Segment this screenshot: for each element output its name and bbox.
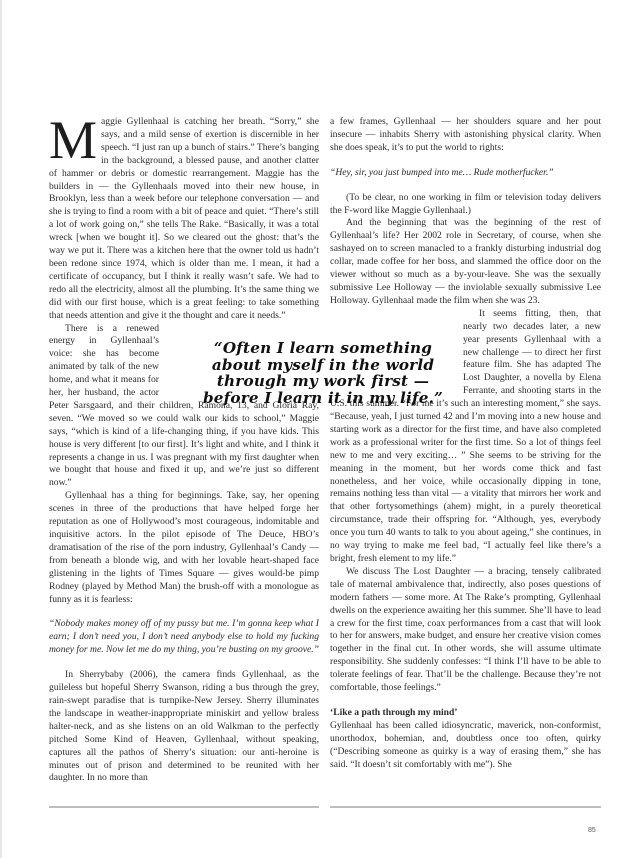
paragraph: In Sherrybaby (2006), the camera finds G…	[49, 669, 319, 785]
paragraph: Gyllenhaal has been called idiosyncratic…	[330, 720, 601, 772]
paragraph: (To be clear, no one working in film or …	[330, 192, 601, 218]
page-number: 85	[588, 827, 596, 834]
paragraph: Gyllenhaal has a thing for beginnings. T…	[49, 490, 319, 606]
film-quote: “Hey, sir, you just bumped into me… Rude…	[330, 167, 601, 180]
paragraph: a few frames, Gyllenhaal — her shoulders…	[330, 116, 601, 155]
pull-quote: “Often I learn something about myself in…	[198, 340, 448, 406]
right-column: a few frames, Gyllenhaal — her shoulders…	[330, 116, 601, 772]
drop-cap: M	[49, 116, 101, 162]
paragraph: And the beginning that was the beginning…	[330, 217, 601, 307]
left-column: M aggie Gyllenhaal is catching her breat…	[49, 116, 319, 785]
opening-paragraph: M aggie Gyllenhaal is catching her breat…	[49, 116, 319, 323]
paragraph: We discuss The Lost Daughter — a bracing…	[330, 566, 601, 695]
magazine-page: M aggie Gyllenhaal is catching her breat…	[0, 0, 640, 858]
page-edge	[0, 0, 2, 858]
section-subhead: ‘Like a path through my mind’	[330, 707, 601, 720]
footer-rule-right	[330, 806, 601, 808]
footer-rule-left	[49, 806, 319, 808]
film-quote: “Nobody makes money off of my pussy but …	[49, 618, 319, 657]
